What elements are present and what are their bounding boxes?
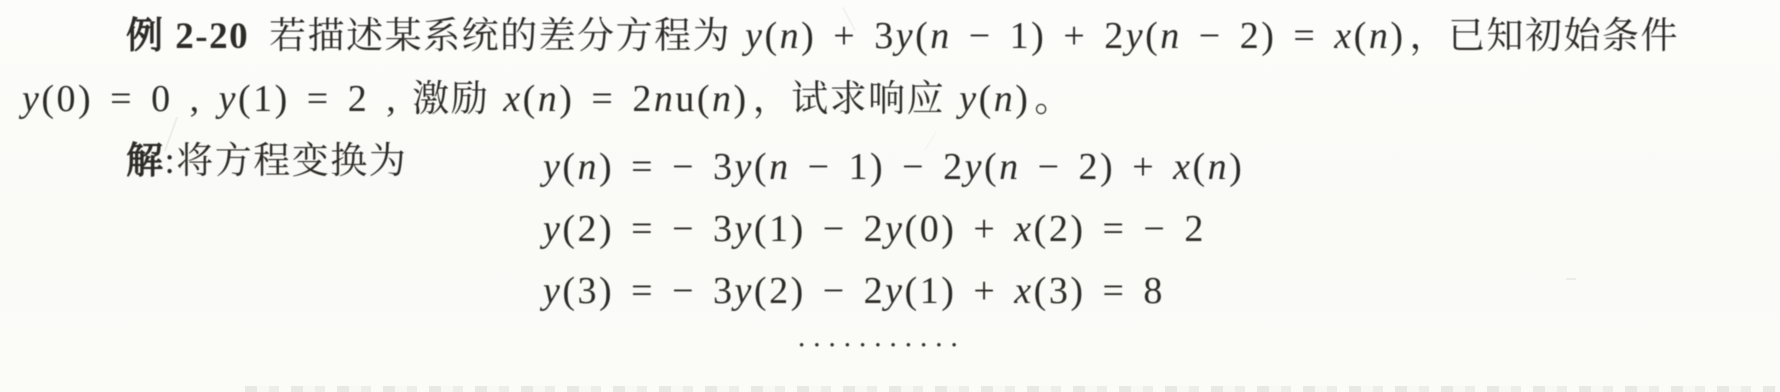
solution-intro-text: :将方程变换为 bbox=[165, 141, 408, 182]
problem-intro-text: 若描述某系统的差分方程为 bbox=[269, 16, 731, 57]
scanned-textbook-page: 例 2-20 若描述某系统的差分方程为 y(n) + 3y(n − 1) + 2… bbox=[0, 0, 1780, 392]
difference-equation: y(n) + 3y(n − 1) + 2y(n − 2) = x(n) bbox=[745, 15, 1405, 57]
ask-response-text: ，试求响应 bbox=[753, 79, 946, 120]
ink-layer: 例 2-20 若描述某系统的差分方程为 y(n) + 3y(n − 1) + 2… bbox=[0, 0, 1780, 392]
initial-conditions-intro: ，已知初始条件 bbox=[1409, 16, 1679, 57]
solution-equation-1: y(n) = − 3y(n − 1) − 2y(n − 2) + x(n) bbox=[543, 148, 1244, 186]
solution-intro-line: 解:将方程变换为 bbox=[126, 143, 407, 180]
problem-statement-line-2: y(0) = 0 , y(1) = 2 , 激励 x(n) = 2nu(n) ，… bbox=[22, 80, 1073, 118]
sentence-period: 。 bbox=[1034, 79, 1073, 120]
problem-statement-line-1: 例 2-20 若描述某系统的差分方程为 y(n) + 3y(n − 1) + 2… bbox=[126, 17, 1679, 55]
continuation-ellipsis: ••••••••••• bbox=[799, 339, 967, 354]
solution-label: 解 bbox=[126, 141, 165, 182]
initial-conditions-equation: y(0) = 0 , y(1) = 2 , bbox=[22, 78, 398, 120]
solution-equation-2: y(2) = − 3y(1) − 2y(0) + x(2) = − 2 bbox=[543, 210, 1206, 248]
excitation-equation: x(n) = 2nu(n) bbox=[503, 78, 748, 120]
response-symbol: y(n) bbox=[959, 78, 1030, 120]
excitation-label: 激励 bbox=[412, 79, 489, 120]
solution-equation-3: y(3) = − 3y(2) − 2y(1) + x(3) = 8 bbox=[543, 272, 1165, 310]
example-label: 例 2-20 bbox=[126, 16, 249, 57]
